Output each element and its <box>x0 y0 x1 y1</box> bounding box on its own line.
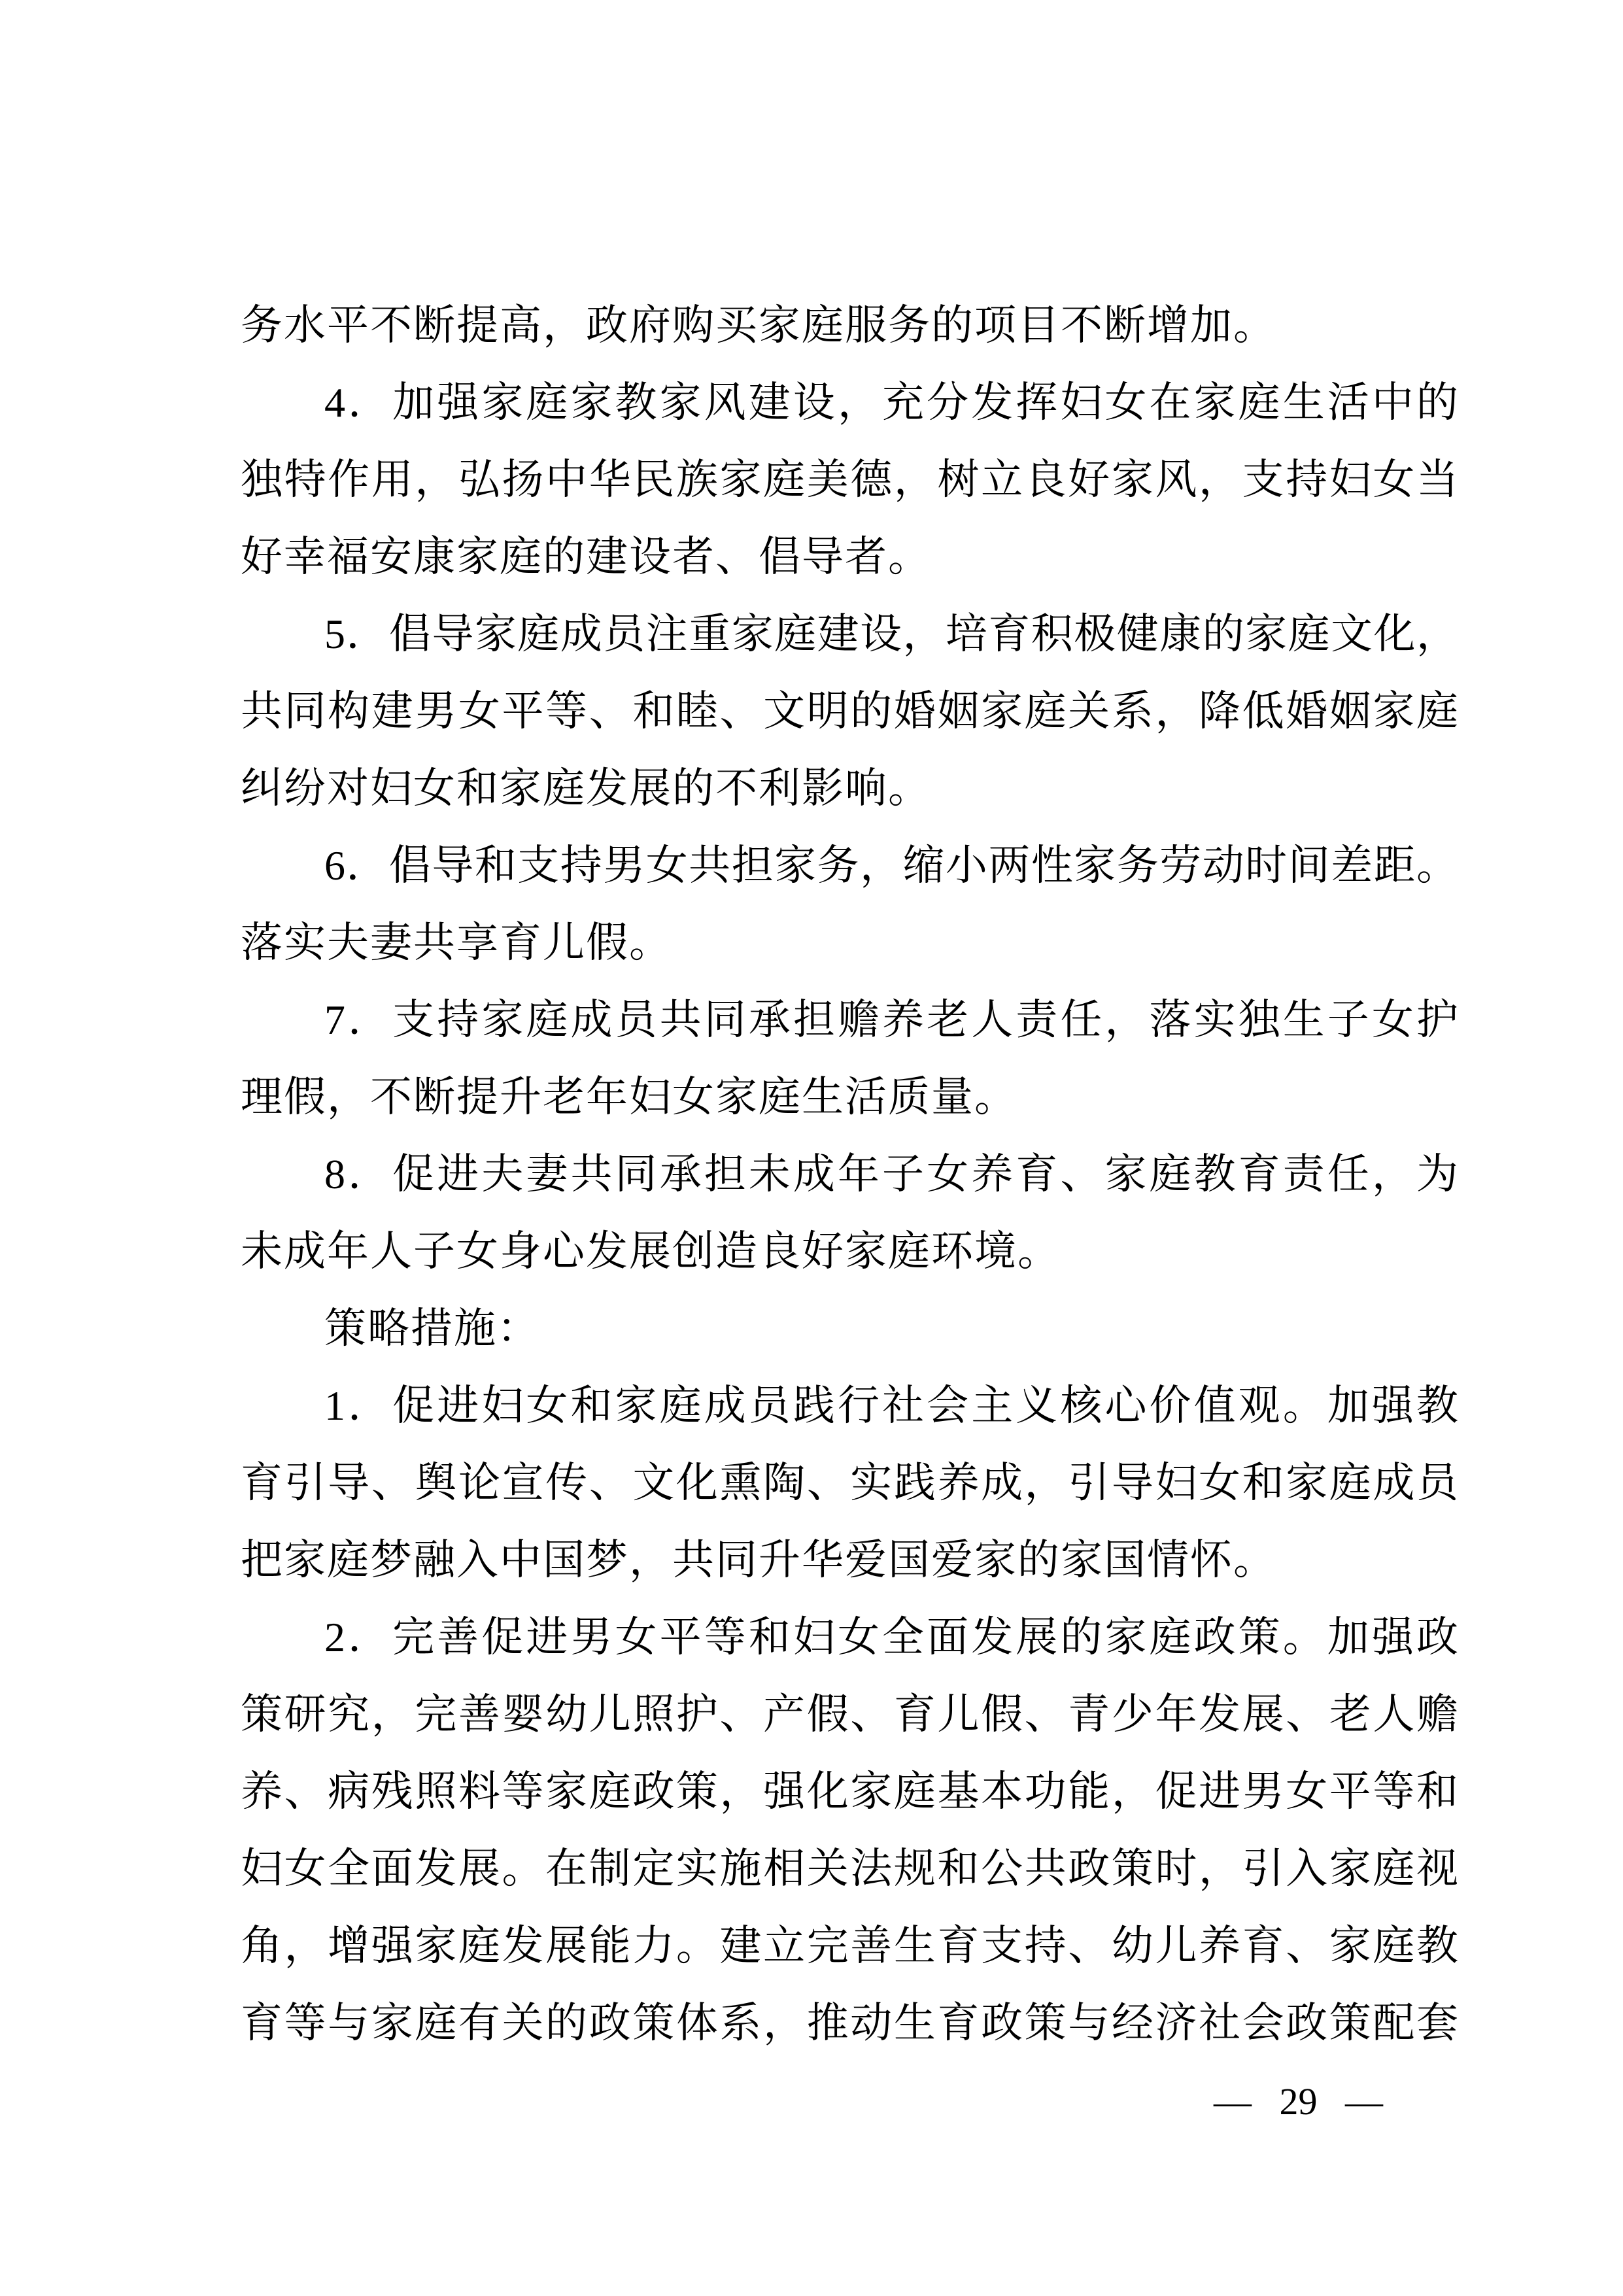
text-line: 未成年人子女身心发展创造良好家庭环境。 <box>241 1213 1458 1290</box>
text-line: 务水平不断提高，政府购买家庭服务的项目不断增加。 <box>241 287 1458 364</box>
text-line: 5．倡导家庭成员注重家庭建设，培育积极健康的家庭文化， <box>241 596 1458 673</box>
text-line: 策略措施： <box>241 1290 1458 1367</box>
text-line: 把家庭梦融入中国梦，共同升华爱国爱家的家国情怀。 <box>241 1522 1458 1599</box>
page-number: — 29 — <box>1214 2081 1383 2123</box>
text-line: 4．加强家庭家教家风建设，充分发挥妇女在家庭生活中的 <box>241 364 1458 441</box>
text-line: 好幸福安康家庭的建设者、倡导者。 <box>241 519 1458 596</box>
text-line: 独特作用，弘扬中华民族家庭美德，树立良好家风，支持妇女当 <box>241 441 1458 519</box>
text-line: 2．完善促进男女平等和妇女全面发展的家庭政策。加强政 <box>241 1599 1458 1676</box>
text-line: 1．促进妇女和家庭成员践行社会主义核心价值观。加强教 <box>241 1367 1458 1445</box>
text-line: 8．促进夫妻共同承担未成年子女养育、家庭教育责任，为 <box>241 1136 1458 1213</box>
text-line: 纠纷对妇女和家庭发展的不利影响。 <box>241 750 1458 827</box>
document-page: 务水平不断提高，政府购买家庭服务的项目不断增加。4．加强家庭家教家风建设，充分发… <box>0 0 1623 2296</box>
text-line: 育引导、舆论宣传、文化熏陶、实践养成，引导妇女和家庭成员 <box>241 1445 1458 1522</box>
text-line: 理假，不断提升老年妇女家庭生活质量。 <box>241 1059 1458 1136</box>
text-line: 育等与家庭有关的政策体系，推动生育政策与经济社会政策配套 <box>241 1985 1458 2062</box>
text-line: 7．支持家庭成员共同承担赡养老人责任，落实独生子女护 <box>241 982 1458 1059</box>
text-line: 养、病残照料等家庭政策，强化家庭基本功能，促进男女平等和 <box>241 1753 1458 1830</box>
text-line: 策研究，完善婴幼儿照护、产假、育儿假、青少年发展、老人赡 <box>241 1676 1458 1753</box>
text-line: 6．倡导和支持男女共担家务，缩小两性家务劳动时间差距。 <box>241 827 1458 904</box>
text-line: 角，增强家庭发展能力。建立完善生育支持、幼儿养育、家庭教 <box>241 1908 1458 1985</box>
text-line: 共同构建男女平等、和睦、文明的婚姻家庭关系，降低婚姻家庭 <box>241 673 1458 750</box>
document-body-text: 务水平不断提高，政府购买家庭服务的项目不断增加。4．加强家庭家教家风建设，充分发… <box>241 287 1458 2062</box>
text-line: 落实夫妻共享育儿假。 <box>241 904 1458 982</box>
text-line: 妇女全面发展。在制定实施相关法规和公共政策时，引入家庭视 <box>241 1830 1458 1908</box>
